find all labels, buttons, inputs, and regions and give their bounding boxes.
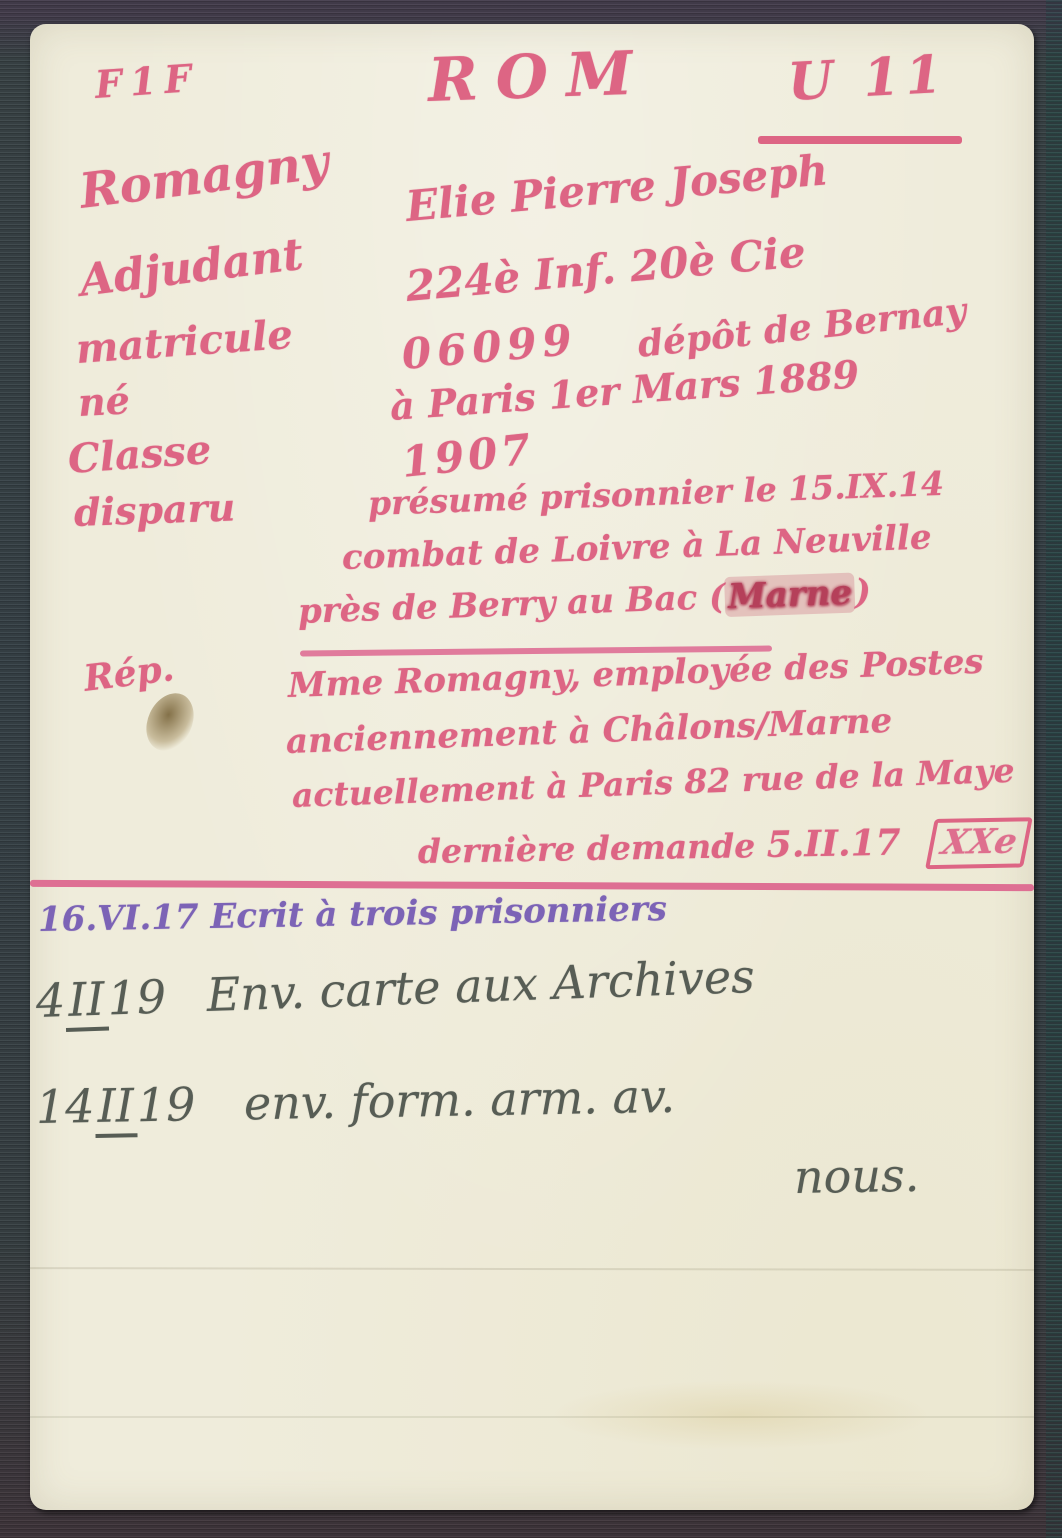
value-class-year: 1907 xyxy=(399,424,536,487)
value-matricule-number: 06099 xyxy=(400,315,580,379)
purple-annotation: 16.VI.17 Ecrit à trois prisonniers xyxy=(38,889,668,940)
label-matricule: matricule xyxy=(74,311,294,373)
corner-code: F1F xyxy=(93,55,200,107)
pencil-note-1-day: 4 xyxy=(35,973,66,1028)
pencil-note-2: 14II19 env. form. arm. av. xyxy=(36,1069,676,1134)
card-crease-line xyxy=(30,1267,1034,1271)
status-line-2: combat de Loivre à La Neuville xyxy=(341,517,932,578)
status-line-3-close: ) xyxy=(854,572,871,613)
pencil-note-1: 4II19 Env. carte aux Archives xyxy=(35,949,755,1028)
status-line-3: près de Berry au Bac (Marne) xyxy=(297,572,871,632)
pencil-note-2-text: env. form. arm. av. xyxy=(244,1069,676,1131)
pencil-note-1-month: II xyxy=(64,972,108,1032)
pencil-note-1-year: 19 xyxy=(107,969,167,1025)
status-place-blot: Marne xyxy=(724,573,855,618)
ink-stain xyxy=(137,686,202,759)
reply-last-request-date: 5.II.17 xyxy=(766,822,901,866)
reply-line-2: anciennement à Châlons/Marne xyxy=(285,701,892,762)
label-surname: Romagny xyxy=(77,134,332,220)
arrondissement-box: XXe xyxy=(925,817,1033,869)
pencil-note-2-year: 19 xyxy=(136,1077,195,1132)
value-given-names: Elie Pierre Joseph xyxy=(404,145,830,231)
index-card: F1F ROM U 11 Romagny Elie Pierre Joseph … xyxy=(30,24,1034,1510)
scanner-edge-strip xyxy=(1046,0,1062,1538)
pencil-note-2-month: II xyxy=(94,1078,137,1138)
value-unit: 224è Inf. 20è Cie xyxy=(404,227,808,311)
status-line-3-text: près de Berry au Bac ( xyxy=(297,577,725,632)
card-title: ROM xyxy=(427,38,652,116)
label-born: né xyxy=(77,377,131,425)
label-status: disparu xyxy=(73,484,236,535)
card-number-underline xyxy=(758,136,962,144)
ghost-stamp-smudge xyxy=(550,1380,930,1450)
pencil-note-2-day: 14 xyxy=(36,1079,95,1134)
reply-line-4: dernière demande 5.II.17 XXe xyxy=(418,817,1029,878)
section-divider-line xyxy=(30,880,1034,891)
reply-line-3: actuellement à Paris 82 rue de la Maye xyxy=(291,751,1015,815)
card-number: U 11 xyxy=(786,44,949,113)
reply-line-4-text: dernière demande xyxy=(418,826,756,871)
label-reply: Rép. xyxy=(81,647,176,700)
label-rank: Adjudant xyxy=(77,229,306,307)
pencil-note-1-text: Env. carte aux Archives xyxy=(206,949,756,1022)
label-class: Classe xyxy=(66,426,212,483)
pencil-note-2-continuation: nous. xyxy=(794,1148,920,1204)
